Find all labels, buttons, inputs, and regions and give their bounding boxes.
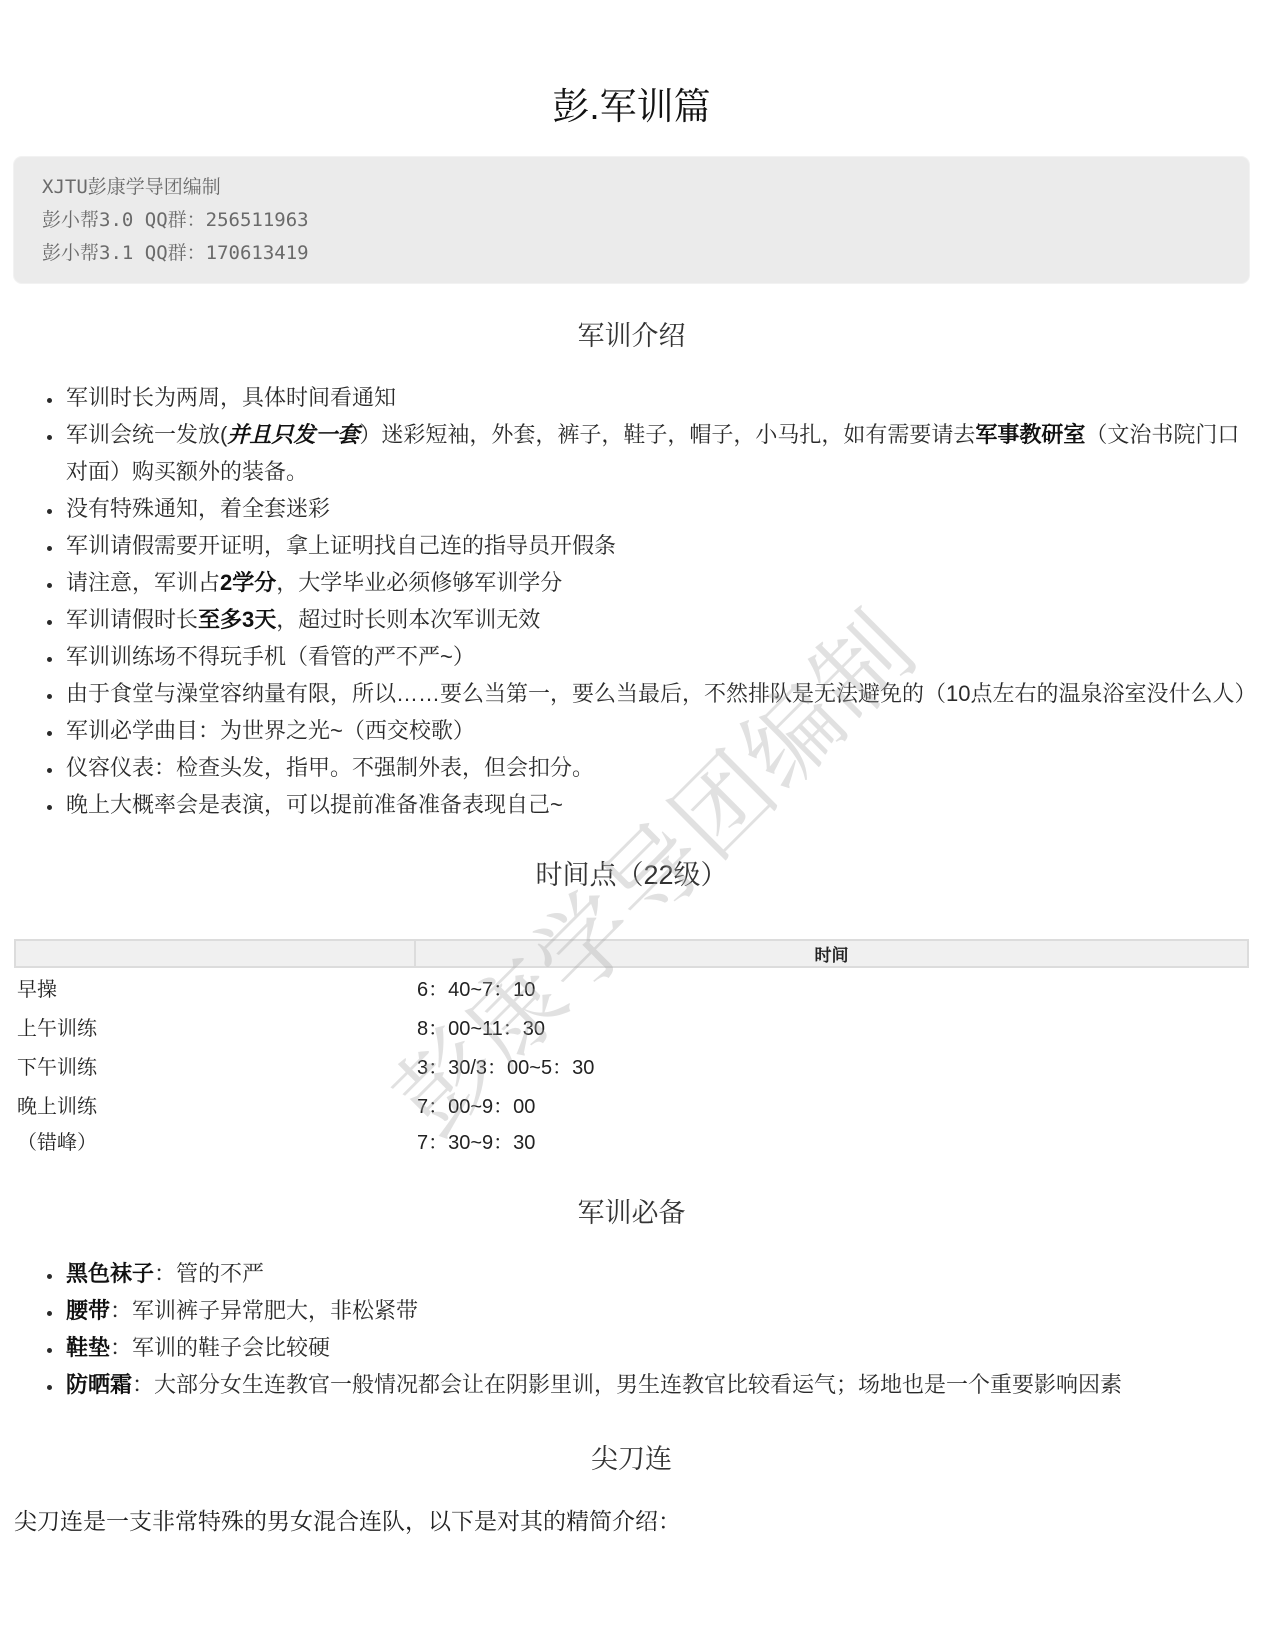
- jiandao-intro-text: 尖刀连是一支非常特殊的男女混合连队，以下是对其的精简介绍：: [14, 1503, 1249, 1536]
- list-item: 鞋垫：军训的鞋子会比较硬: [64, 1329, 1249, 1366]
- list-item: 晚上大概率会是表演，可以提前准备准备表现自己~: [64, 786, 1249, 823]
- list-item: 黑色袜子：管的不严: [64, 1255, 1249, 1292]
- list-item: 军训会统一发放(并且只发一套）迷彩短袖，外套，裤子，鞋子，帽子，小马扎，如有需要…: [64, 416, 1249, 490]
- table-row: 早操 6：40~7：10: [15, 967, 1248, 1007]
- document-page: 彭.军训篇 XJTU彭康学导团编制 彭小帮3.0 QQ群：256511963 彭…: [0, 0, 1263, 1536]
- time-cell: 6：40~7：10: [415, 967, 1248, 1007]
- table-header-activity: [15, 940, 415, 967]
- table-row: （错峰） 7：30~9：30: [15, 1124, 1248, 1157]
- activity-cell: （错峰）: [15, 1124, 415, 1157]
- section-heading-intro: 军训介绍: [14, 316, 1249, 356]
- time-cell: 7：30~9：30: [415, 1124, 1248, 1157]
- bold-text: 鞋垫: [66, 1335, 110, 1360]
- activity-cell: 下午训练: [15, 1046, 415, 1085]
- table-row: 下午训练 3：30/3：00~5：30: [15, 1046, 1248, 1085]
- list-item: 仪容仪表：检查头发，指甲。不强制外表，但会扣分。: [64, 749, 1249, 786]
- list-item: 军训请假需要开证明，拿上证明找自己连的指导员开假条: [64, 527, 1249, 564]
- list-item: 没有特殊通知，着全套迷彩: [64, 490, 1249, 527]
- bold-text: 至多3天: [198, 607, 276, 632]
- info-code-block: XJTU彭康学导团编制 彭小帮3.0 QQ群：256511963 彭小帮3.1 …: [14, 157, 1249, 283]
- bold-text: 腰带: [66, 1298, 110, 1323]
- schedule-table: 时间 早操 6：40~7：10 上午训练 8：00~11：30 下午训练 3：3…: [14, 939, 1249, 1157]
- intro-list: 军训时长为两周，具体时间看通知 军训会统一发放(并且只发一套）迷彩短袖，外套，裤…: [14, 379, 1249, 823]
- bold-text: 2学分: [220, 570, 276, 595]
- section-heading-schedule: 时间点（22级）: [14, 855, 1249, 895]
- bold-text: 军事教研室: [975, 422, 1085, 447]
- section-heading-jiandao: 尖刀连: [14, 1439, 1249, 1479]
- emphasis-text: 并且只发一套: [227, 422, 359, 447]
- table-header-time: 时间: [415, 940, 1248, 967]
- activity-cell: 晚上训练: [15, 1085, 415, 1124]
- list-item: 军训必学曲目：为世界之光~（西交校歌）: [64, 712, 1249, 749]
- table-row: 上午训练 8：00~11：30: [15, 1007, 1248, 1046]
- list-item: 请注意，军训占2学分，大学毕业必须修够军训学分: [64, 564, 1249, 601]
- info-line-qq-group-1: 彭小帮3.0 QQ群：256511963: [42, 204, 1221, 237]
- info-line-qq-group-2: 彭小帮3.1 QQ群：170613419: [42, 237, 1221, 270]
- bold-text: 防晒霜: [66, 1372, 132, 1397]
- time-cell: 8：00~11：30: [415, 1007, 1248, 1046]
- list-item: 由于食堂与澡堂容纳量有限，所以……要么当第一，要么当最后，不然排队是无法避免的（…: [64, 675, 1249, 712]
- activity-cell: 早操: [15, 967, 415, 1007]
- time-cell: 7：00~9：00: [415, 1085, 1248, 1124]
- essentials-list: 黑色袜子：管的不严 腰带：军训裤子异常肥大，非松紧带 鞋垫：军训的鞋子会比较硬 …: [14, 1255, 1249, 1403]
- list-item: 军训训练场不得玩手机（看管的严不严~）: [64, 638, 1249, 675]
- bold-text: 黑色袜子: [66, 1261, 154, 1286]
- section-heading-essentials: 军训必备: [14, 1193, 1249, 1233]
- list-item: 防晒霜：大部分女生连教官一般情况都会让在阴影里训，男生连教官比较看运气；场地也是…: [64, 1366, 1249, 1403]
- list-item: 腰带：军训裤子异常肥大，非松紧带: [64, 1292, 1249, 1329]
- activity-cell: 上午训练: [15, 1007, 415, 1046]
- time-cell: 3：30/3：00~5：30: [415, 1046, 1248, 1085]
- list-item: 军训时长为两周，具体时间看通知: [64, 379, 1249, 416]
- page-title: 彭.军训篇: [14, 0, 1249, 131]
- list-item: 军训请假时长至多3天，超过时长则本次军训无效: [64, 601, 1249, 638]
- info-line-author: XJTU彭康学导团编制: [42, 171, 1221, 204]
- table-row: 晚上训练 7：00~9：00: [15, 1085, 1248, 1124]
